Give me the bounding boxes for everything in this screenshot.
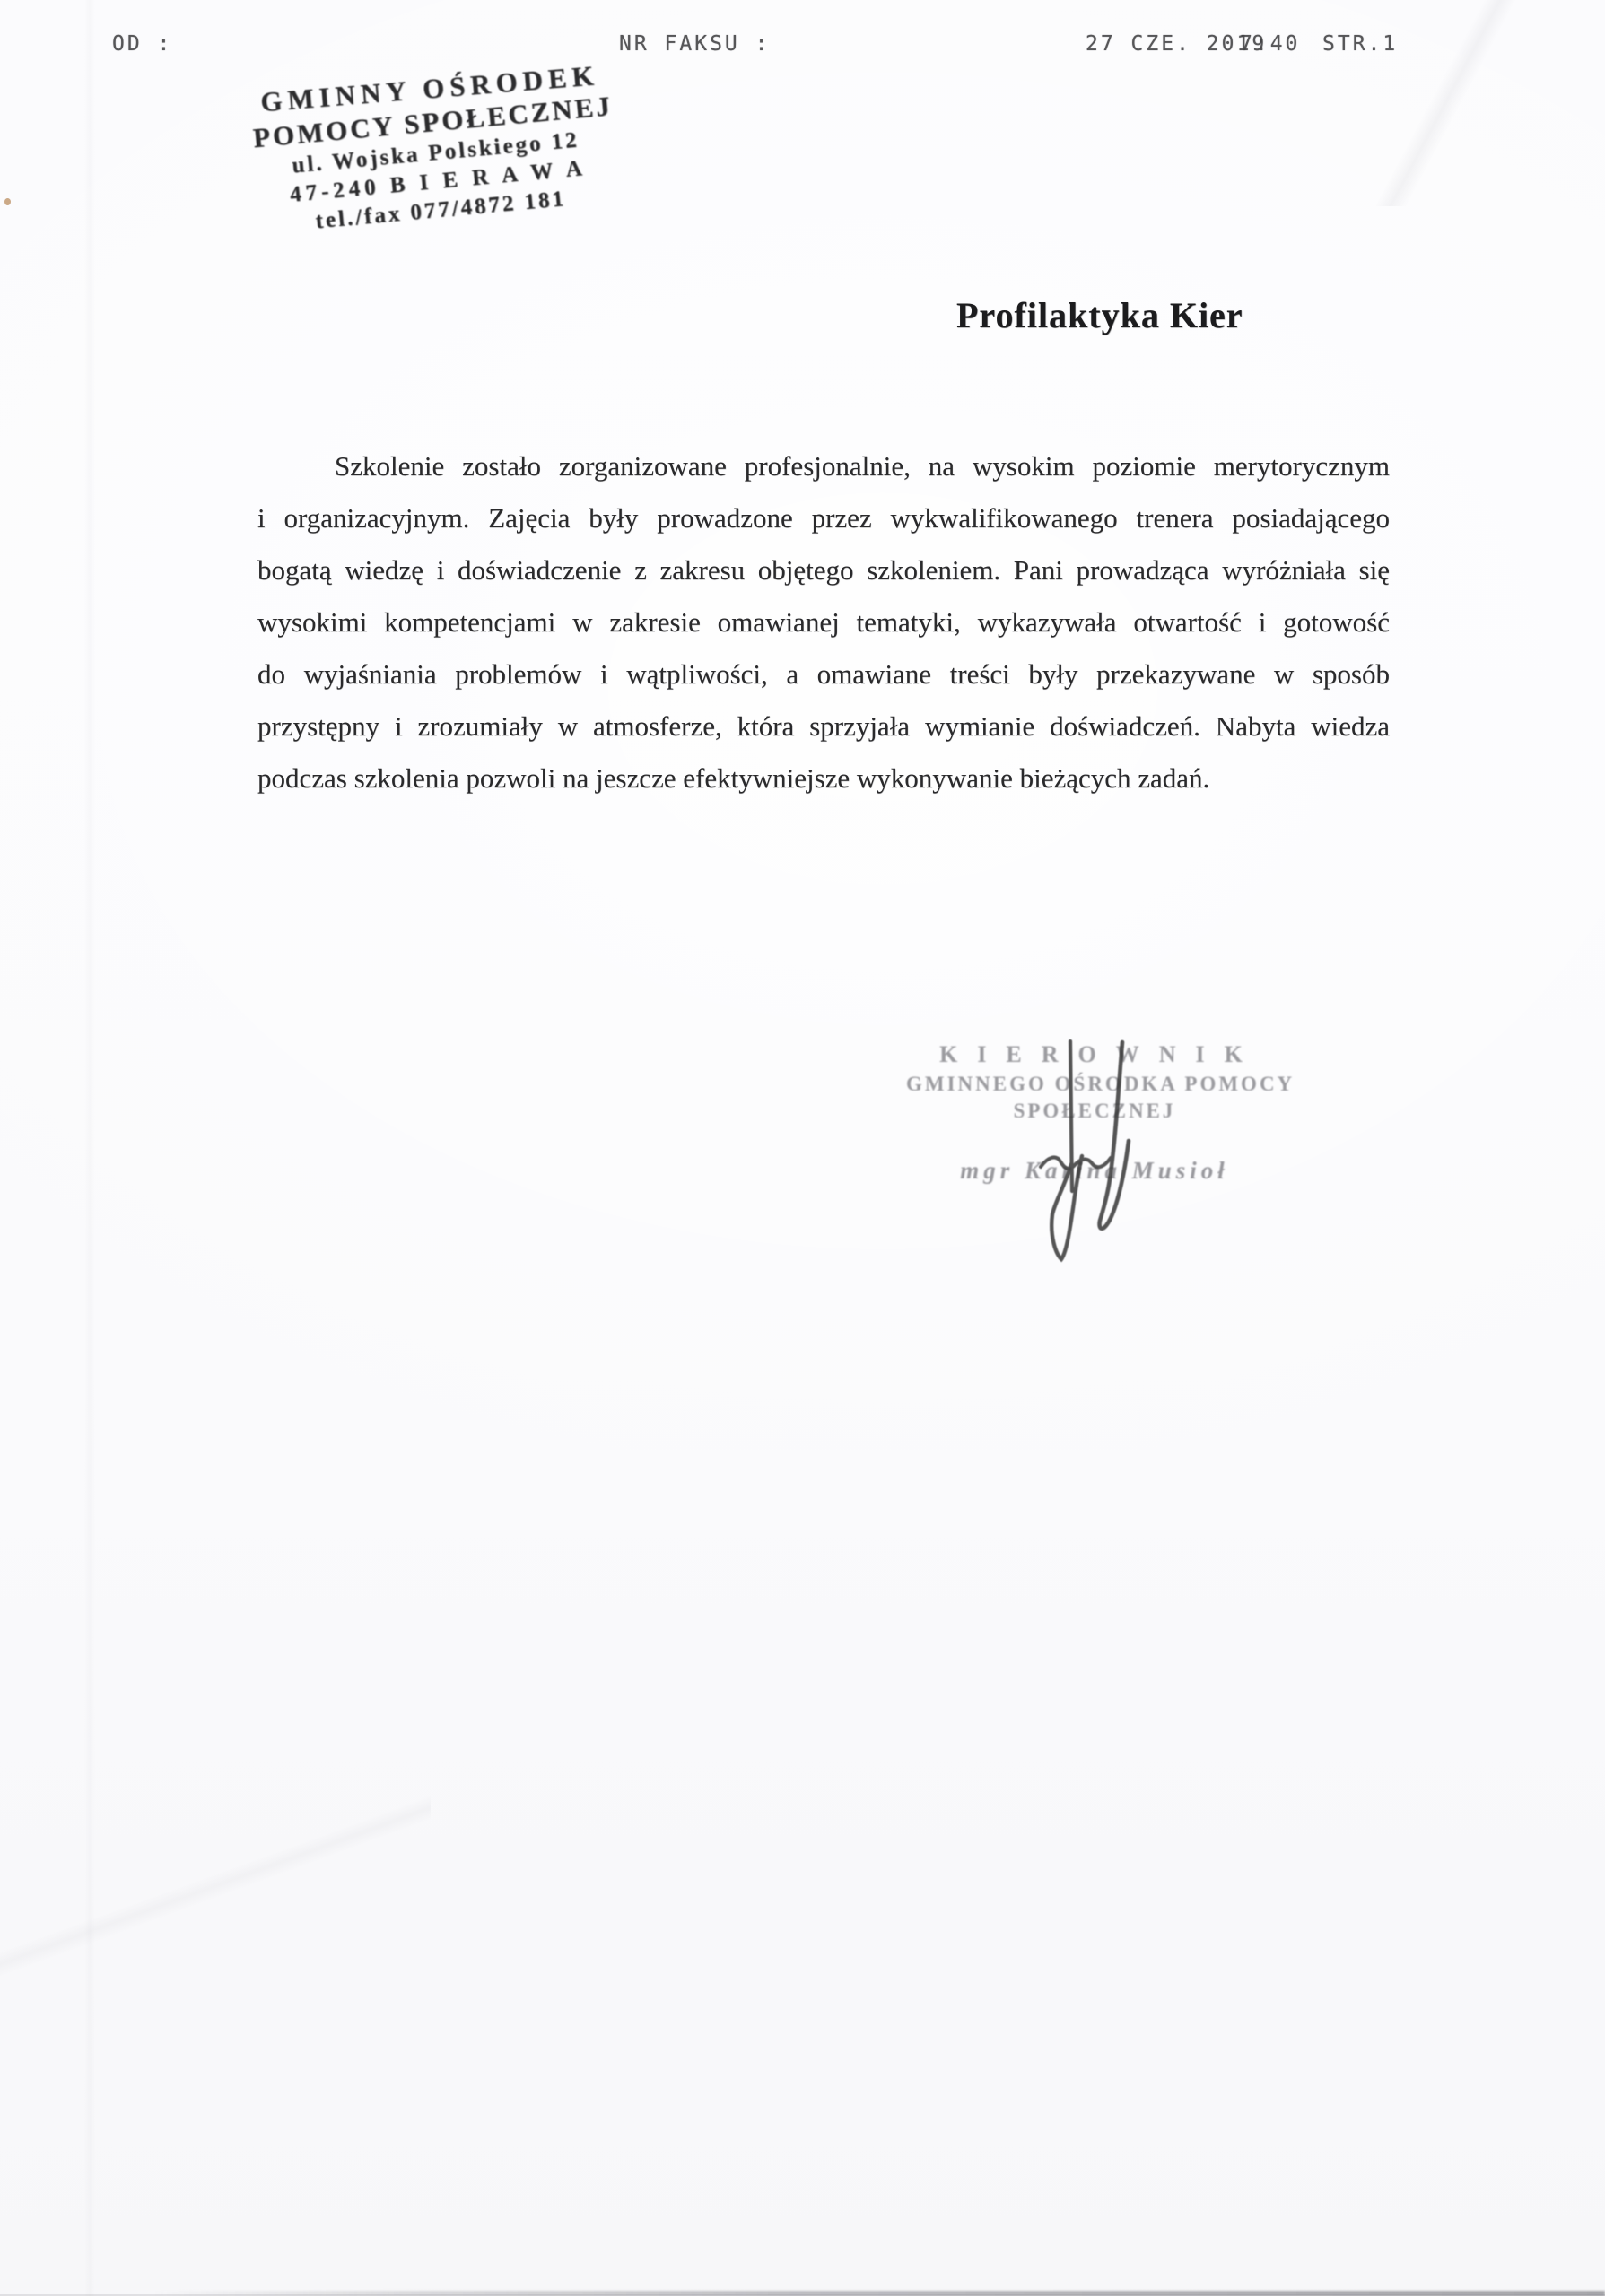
- fax-from-label: OD :: [112, 32, 172, 56]
- letter-body-line: podczas szkolenia pozwoli na jeszcze efe…: [257, 752, 1390, 804]
- letter-body-line: wysokimi kompetencjami w zakresie omawia…: [257, 596, 1390, 648]
- letter-body-line: Szkolenie zostało zorganizowane profesjo…: [257, 440, 1390, 492]
- letter-body-line: do wyjaśniania problemów i wątpliwości, …: [257, 648, 1390, 700]
- letter-body-line: i organizacyjnym. Zajęcia były prowadzon…: [257, 492, 1390, 544]
- paper-speck: [4, 198, 11, 205]
- letter-body-line: przystępny i zrozumiały w atmosferze, kt…: [257, 700, 1390, 752]
- fax-page-number: STR.1: [1322, 32, 1398, 56]
- paper-crease-left: [63, 0, 117, 2296]
- letter-body-line: bogatą wiedzę i doświadczenie z zakresu …: [257, 544, 1390, 596]
- scanned-fax-letter: OD : NR FAKSU : 27 CZE. 2019 7:40 STR.1 …: [0, 0, 1605, 2296]
- letter-body: Szkolenie zostało zorganizowane profesjo…: [257, 440, 1390, 804]
- paper-crease-bottom-left: [0, 1758, 431, 2027]
- fax-time: 7:40: [1240, 32, 1300, 56]
- handwritten-signature: [1014, 1022, 1202, 1291]
- letter-title: Profilaktyka Kier: [956, 294, 1243, 336]
- sender-stamp: GMINNY OŚRODEK POMOCY SPOŁECZNEJ ul. Woj…: [178, 49, 692, 248]
- scan-bottom-shadow: [153, 2291, 1605, 2296]
- paper-crease-top-right: [1246, 0, 1605, 206]
